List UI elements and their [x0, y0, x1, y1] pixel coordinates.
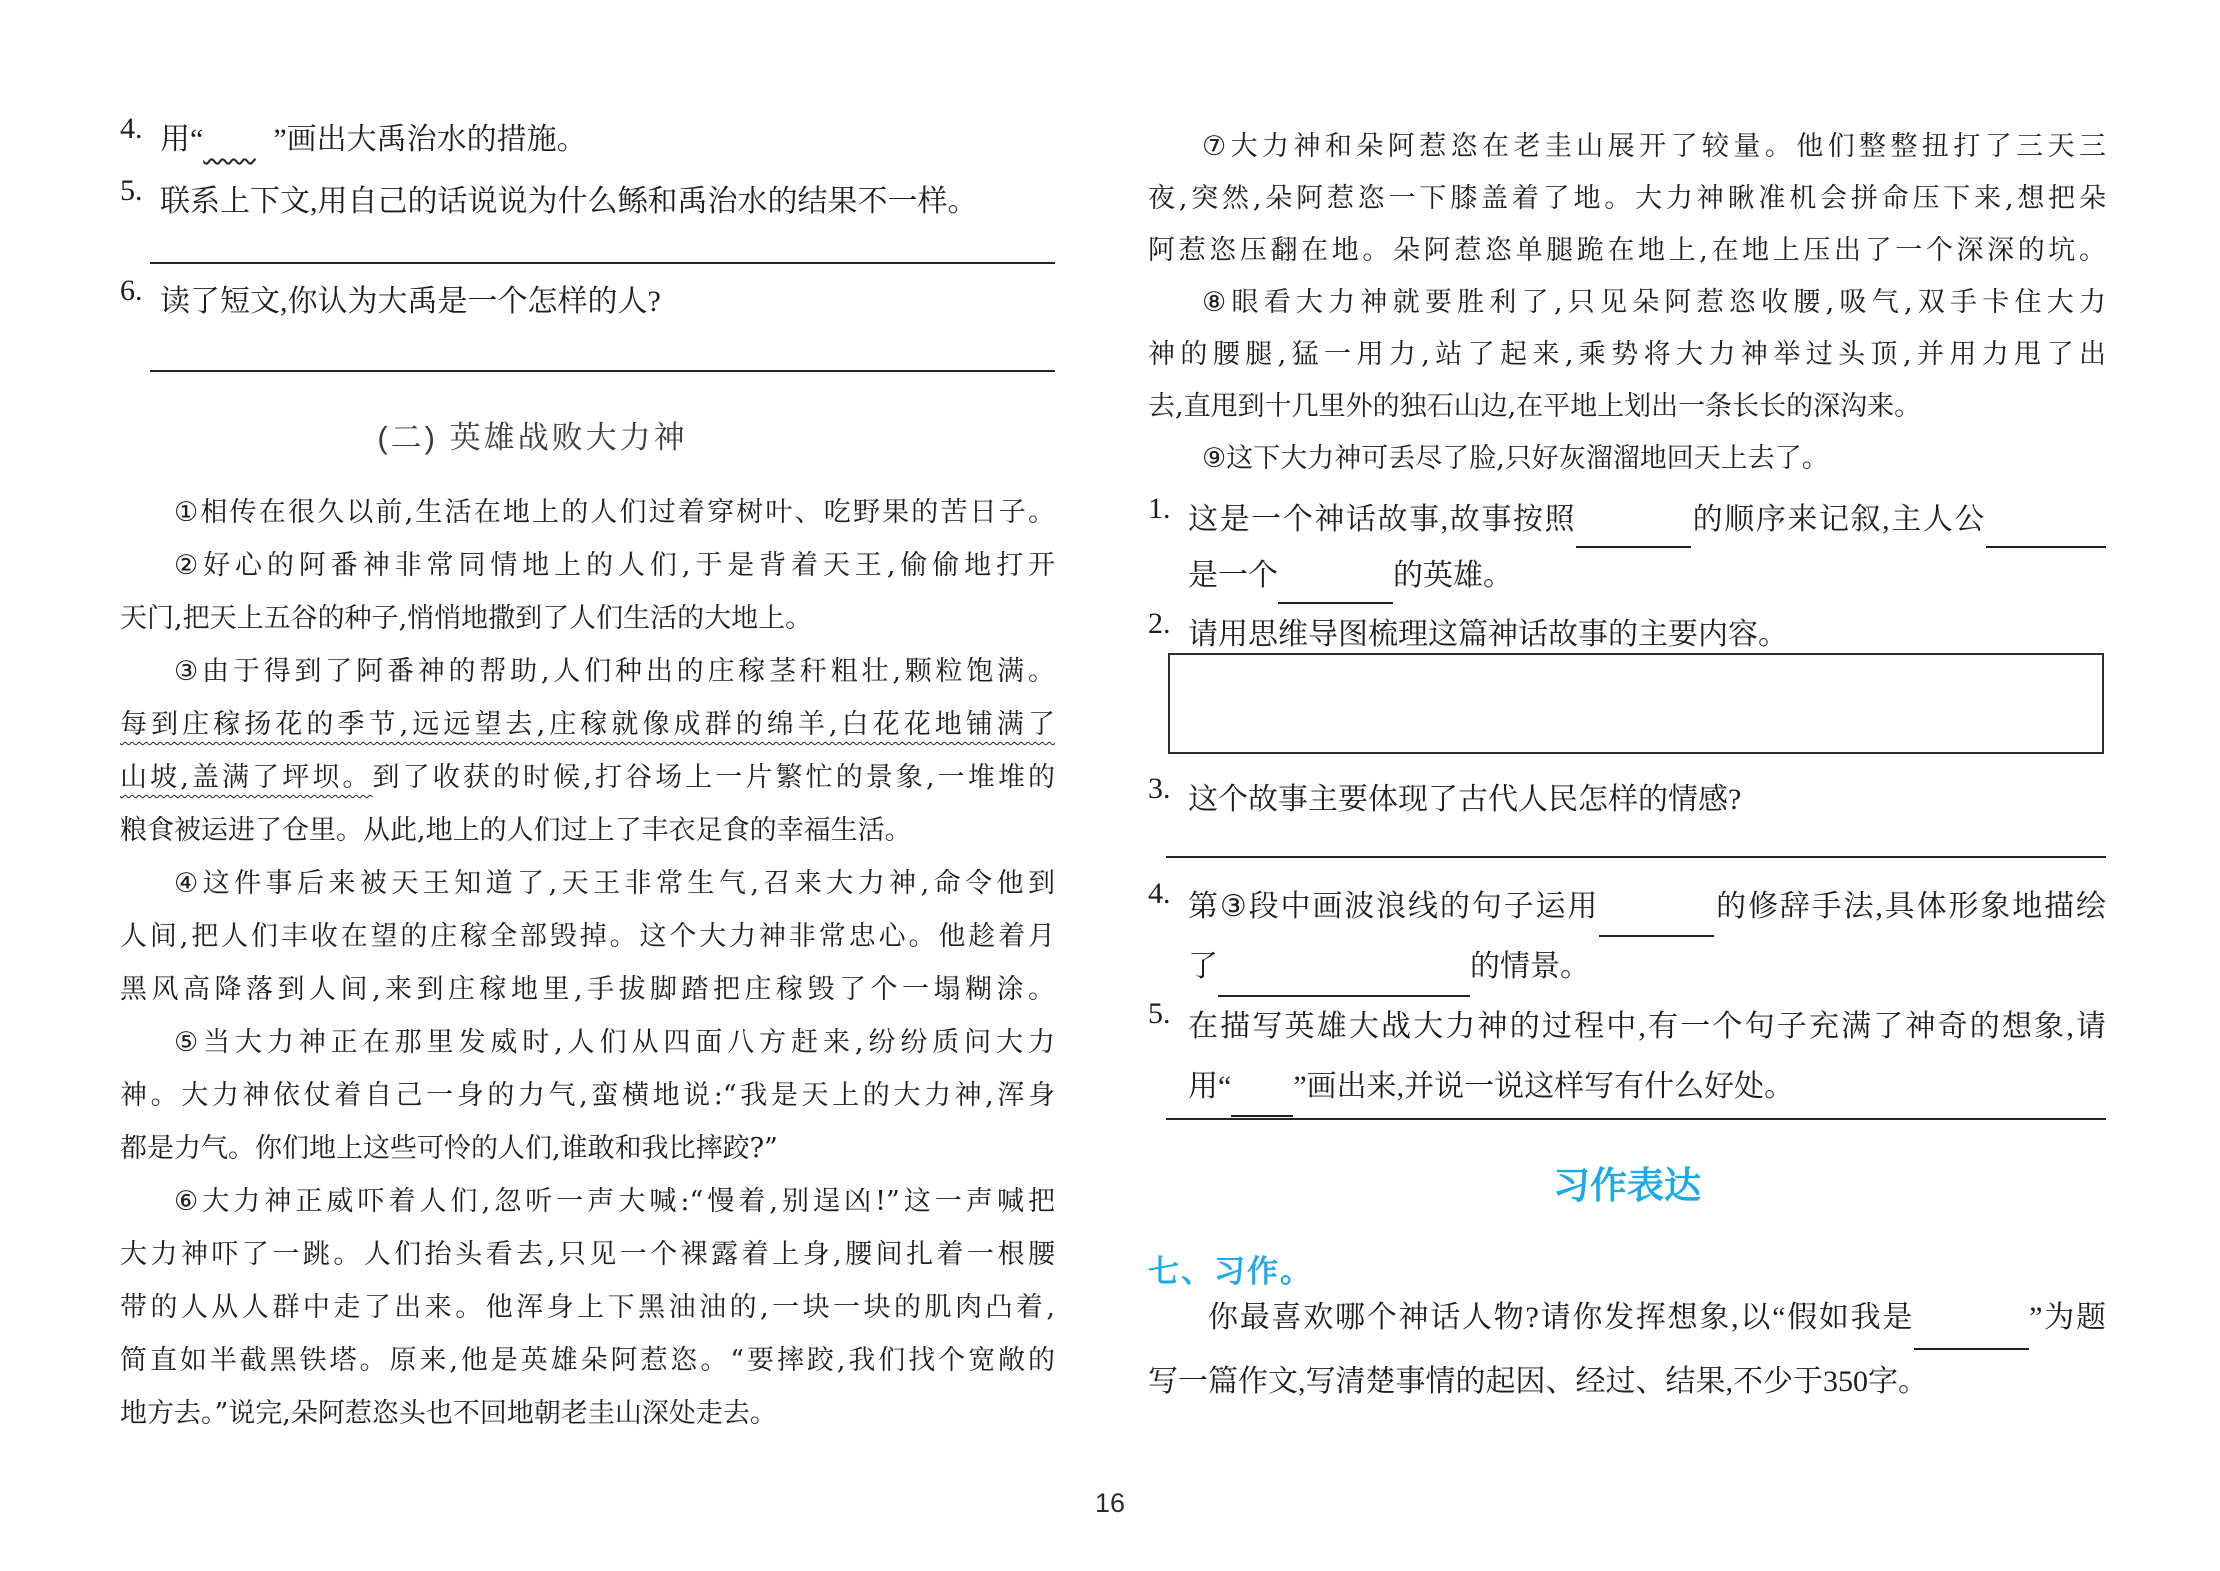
exercise-label: 七、习作。	[1148, 1246, 1313, 1291]
question-4: 4. 第③段中画波浪线的句子运用的修辞手法,具体形象地描绘 了的情景。	[1148, 877, 2106, 997]
passage-line: 天门,把天上五谷的种子,悄悄地撒到了人们生活的大地上。	[120, 592, 1055, 645]
passage-line: 人间,把人们丰收在望的庄稼全部毁掉。这个大力神非常忠心。他趁着月	[120, 910, 1055, 963]
essay-text: 写一篇作文,写清楚事情的起因、经过、结果,不少于350字。	[1148, 1350, 2106, 1414]
question-text: 的顺序来记叙,主人公	[1691, 503, 1986, 536]
passage-line: 神的腰腿,猛一用力,站了起来,乘势将大力神举过头顶,并用力甩了出	[1148, 329, 2106, 381]
question-number: 2.	[1148, 607, 1182, 641]
question-6-left: 6. 读了短文,你认为大禹是一个怎样的人?	[120, 274, 1055, 330]
question-text: 在描写英雄大战大力神的过程中,有一个句子充满了神奇的想象,请	[1188, 997, 2106, 1057]
question-number: 1.	[1148, 492, 1182, 526]
wavy-underlined-text: 每到庄稼扬花的季节,远远望去,庄稼就像成群的绵羊,白花花地铺满了	[120, 709, 1055, 740]
passage-line: 黑风高降落到人间,来到庄稼地里,手拔脚踏把庄稼毁了个一塌糊涂。	[120, 963, 1055, 1016]
passage-line: ①相传在很久以前,生活在地上的人们过着穿树叶、吃野果的苦日子。	[120, 486, 1055, 539]
question-number: 5.	[120, 174, 154, 208]
passage-line: 带的人从人群中走了出来。他浑身上下黑油油的,一块一块的肌肉凸着,	[120, 1281, 1055, 1334]
question-text: 第③段中画波浪线的句子运用	[1188, 890, 1599, 923]
question-text: 了	[1188, 950, 1218, 983]
question-number: 3.	[1148, 772, 1182, 806]
passage-line: 每到庄稼扬花的季节,远远望去,庄稼就像成群的绵羊,白花花地铺满了	[120, 698, 1055, 751]
question-text: 这个故事主要体现了古代人民怎样的情感?	[1188, 772, 2106, 828]
question-text: ”画出来,并说一说这样写有什么好处。	[1293, 1070, 1794, 1103]
question-text: 的修辞手法,具体形象地描绘	[1714, 890, 2106, 923]
passage-line: ⑥大力神正威吓着人们,忽听一声大喊:“慢着,别逞凶!”这一声喊把	[120, 1175, 1055, 1228]
passage-line: ⑨这下大力神可丢尽了脸,只好灰溜溜地回天上去了。	[1148, 433, 2106, 485]
passage-line: 大力神吓了一跳。人们抬头看去,只见一个裸露着上身,腰间扎着一根腰	[120, 1228, 1055, 1281]
essay-text: 你最喜欢哪个神话人物?请你发挥想象,以“假如我是	[1208, 1301, 1914, 1334]
answer-line	[150, 262, 1055, 264]
question-text: 的英雄。	[1393, 559, 1513, 592]
question-text: 联系上下文,用自己的话说说为什么鲧和禹治水的结果不一样。	[160, 174, 1055, 230]
reading-passage-right: ⑦大力神和朵阿惹恣在老圭山展开了较量。他们整整扭打了三天三 夜,突然,朵阿惹恣一…	[1148, 121, 2106, 485]
question-5-left: 5. 联系上下文,用自己的话说说为什么鲧和禹治水的结果不一样。	[120, 174, 1055, 230]
question-text: 读了短文,你认为大禹是一个怎样的人?	[160, 274, 1055, 330]
wavy-blank	[203, 112, 273, 168]
left-column: 4. 用“”画出大禹治水的措施。 5. 联系上下文,用自己的话说说为什么鲧和禹治…	[120, 0, 1055, 1571]
passage-line: ⑤当大力神正在那里发威时,人们从四面八方赶来,纷纷质问大力	[120, 1016, 1055, 1069]
passage-line: 神。大力神依仗着自己一身的力气,蛮横地说:“我是天上的大力神,浑身	[120, 1069, 1055, 1122]
section-heading: 习作表达	[1148, 1155, 2106, 1209]
fill-blank	[1218, 965, 1470, 997]
question-1: 1. 这是一个神话故事,故事按照的顺序来记叙,主人公 是一个的英雄。	[1148, 492, 2106, 604]
essay-prompt: 你最喜欢哪个神话人物?请你发挥想象,以“假如我是”为题 写一篇作文,写清楚事情的…	[1148, 1286, 2106, 1414]
answer-line	[1166, 1118, 2106, 1120]
question-text: 是一个	[1188, 559, 1278, 592]
passage-line: 都是力气。你们地上这些可怜的人们,谁敢和我比摔跤?”	[120, 1122, 1055, 1175]
question-text: 用“	[1188, 1070, 1231, 1103]
question-text: 的情景。	[1470, 950, 1590, 983]
passage-line: 夜,突然,朵阿惹恣一下膝盖着了地。大力神瞅准机会拼命压下来,想把朵	[1148, 173, 2106, 225]
answer-line	[150, 370, 1055, 372]
worksheet-page: 4. 用“”画出大禹治水的措施。 5. 联系上下文,用自己的话说说为什么鲧和禹治…	[0, 0, 2220, 1571]
fill-blank	[1599, 905, 1714, 937]
question-number: 4.	[120, 112, 154, 146]
passage-line: ③由于得到了阿番神的帮助,人们种出的庄稼茎秆粗壮,颗粒饱满。	[120, 645, 1055, 698]
right-column: ⑦大力神和朵阿惹恣在老圭山展开了较量。他们整整扭打了三天三 夜,突然,朵阿惹恣一…	[1148, 0, 2106, 1571]
page-number: 16	[0, 1488, 2220, 1519]
passage-line: 山坡,盖满了坪坝。到了收获的时候,打谷场上一片繁忙的景象,一堆堆的	[120, 751, 1055, 804]
question-text: 这是一个神话故事,故事按照	[1188, 503, 1576, 536]
reading-passage-left: ①相传在很久以前,生活在地上的人们过着穿树叶、吃野果的苦日子。 ②好心的阿番神非…	[120, 486, 1055, 1440]
fill-blank	[1231, 1085, 1293, 1117]
passage-line: 去,直甩到十几里外的独石山边,在平地上划出一条长长的深沟来。	[1148, 381, 2106, 433]
question-text: 用“	[160, 123, 203, 156]
question-4-left: 4. 用“”画出大禹治水的措施。	[120, 112, 1055, 168]
passage-line: ②好心的阿番神非常同情地上的人们,于是背着天王,偷偷地打开	[120, 539, 1055, 592]
question-number: 5.	[1148, 997, 1182, 1031]
question-number: 4.	[1148, 877, 1182, 911]
fill-blank	[1576, 516, 1691, 548]
fill-blank	[1278, 572, 1393, 604]
passage-title: (二) 英雄战败大力神	[120, 412, 945, 457]
passage-line: 粮食被运进了仓里。从此,地上的人们过上了丰衣足食的幸福生活。	[120, 804, 1055, 857]
passage-line: 简直如半截黑铁塔。原来,他是英雄朵阿惹恣。“要摔跤,我们找个宽敞的	[120, 1334, 1055, 1387]
question-number: 6.	[120, 274, 154, 308]
fill-blank	[1986, 516, 2106, 548]
passage-line: ⑦大力神和朵阿惹恣在老圭山展开了较量。他们整整扭打了三天三	[1148, 121, 2106, 173]
question-3: 3. 这个故事主要体现了古代人民怎样的情感?	[1148, 772, 2106, 828]
wavy-underlined-text: 山坡,盖满了坪坝。	[120, 762, 373, 793]
question-text: ”画出大禹治水的措施。	[273, 123, 586, 156]
answer-line	[1166, 856, 2106, 858]
passage-line: 地方去。”说完,朵阿惹恣头也不回地朝老圭山深处走去。	[120, 1387, 1055, 1440]
fill-blank	[1914, 1318, 2029, 1350]
passage-line: 阿惹恣压翻在地。朵阿惹恣单腿跪在地上,在地上压出了一个深深的坑。	[1148, 225, 2106, 277]
question-5: 5. 在描写英雄大战大力神的过程中,有一个句子充满了神奇的想象,请 用“”画出来…	[1148, 997, 2106, 1117]
passage-line: ④这件事后来被天王知道了,天王非常生气,召来大力神,命令他到	[120, 857, 1055, 910]
passage-line: ⑧眼看大力神就要胜利了,只见朵阿惹恣收腰,吸气,双手卡住大力	[1148, 277, 2106, 329]
mindmap-box	[1168, 653, 2104, 754]
essay-text: ”为题	[2029, 1301, 2106, 1334]
